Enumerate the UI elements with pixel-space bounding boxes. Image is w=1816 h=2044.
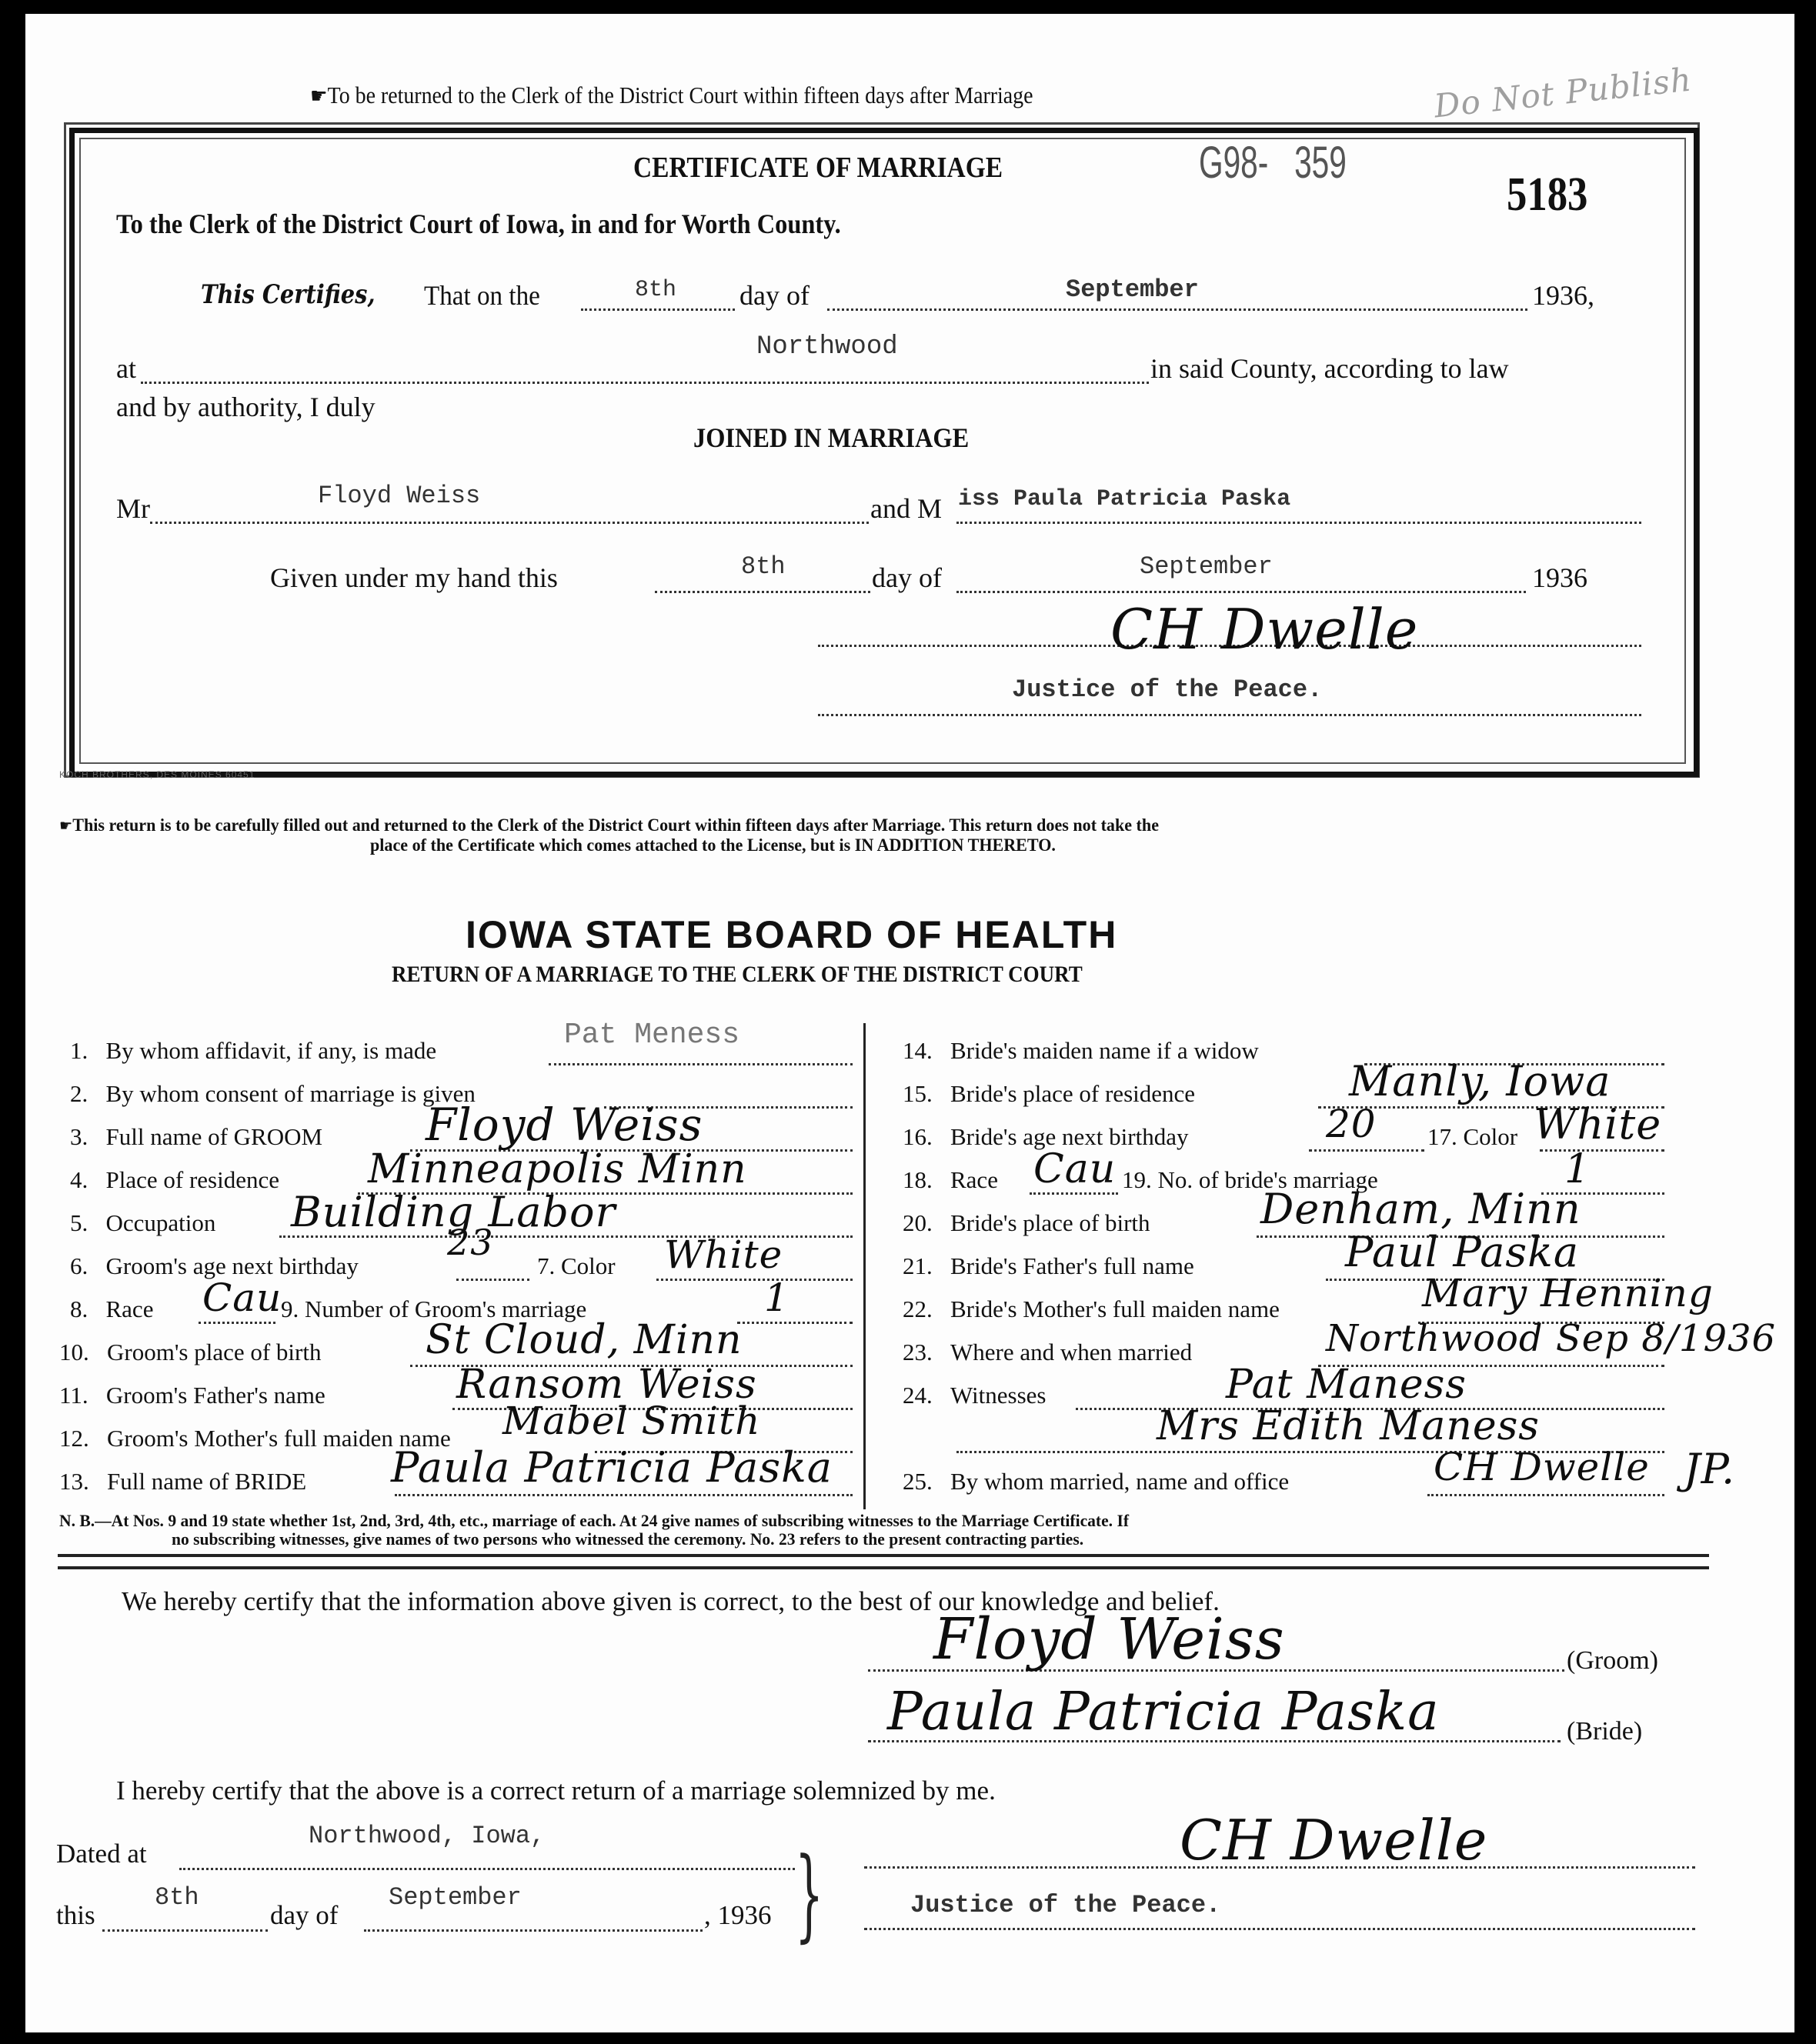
- nb-note-line2: no subscribing witnesses, give names of …: [172, 1529, 1083, 1549]
- year-suffix: 6: [1574, 280, 1587, 311]
- bride-age-field[interactable]: 20: [1326, 1102, 1377, 1146]
- handwritten-annotation: Do Not Publish: [1432, 61, 1694, 125]
- solemn-month-line: [364, 1929, 703, 1932]
- field-13-label: 13. Full name of BRIDE: [59, 1468, 306, 1495]
- groom-name-field[interactable]: Floyd Weiss: [318, 482, 480, 510]
- dated-at-label: Dated at: [56, 1839, 147, 1869]
- authority-text: and by authority, I duly: [116, 391, 376, 423]
- pointing-hand-icon: ☛: [310, 83, 328, 108]
- at-label: at: [116, 352, 136, 385]
- groom-race-field[interactable]: Cau: [202, 1275, 282, 1320]
- bride-father-name-field[interactable]: Paul Paska: [1345, 1228, 1579, 1276]
- solemn-day-line: [102, 1929, 268, 1932]
- officiant-signature: CH Dwelle: [1110, 597, 1418, 662]
- married-by-field[interactable]: CH Dwelle: [1434, 1445, 1650, 1489]
- groom-mother-maiden-name-field[interactable]: Mabel Smith: [502, 1399, 760, 1443]
- solemn-day-of-label: day of: [270, 1900, 338, 1931]
- field-6-line: [456, 1279, 529, 1281]
- field-21-label: 21. Bride's Father's full name: [903, 1252, 1194, 1280]
- solemnization-statement: I hereby certify that the above is a cor…: [116, 1776, 996, 1806]
- married-by-office: JP.: [1684, 1445, 1735, 1493]
- day-of-label: day of: [739, 279, 810, 312]
- year-prefix: 193: [1532, 280, 1574, 311]
- groom-full-name-field[interactable]: Floyd Weiss: [426, 1099, 703, 1151]
- return-notice-text1: This return is to be carefully filled ou…: [72, 815, 1159, 835]
- groom-color-field[interactable]: White: [664, 1232, 783, 1277]
- pointing-hand-icon: ☛: [59, 816, 72, 835]
- county-law-text: in said County, according to law: [1150, 352, 1509, 385]
- field-14-label: 14. Bride's maiden name if a widow: [903, 1037, 1259, 1065]
- given-month-line: [956, 591, 1526, 593]
- solemn-year-suffix: 6: [758, 1900, 772, 1930]
- field-23-label: 23. Where and when married: [903, 1339, 1192, 1366]
- given-year-field[interactable]: 1936: [1532, 562, 1587, 594]
- field-15-label: 15. Bride's place of residence: [903, 1080, 1195, 1108]
- officiant-title-line: [818, 714, 1641, 716]
- given-day-of-label: day of: [872, 562, 942, 594]
- return-notice-line2: place of the Certificate which comes att…: [370, 835, 1056, 855]
- date-brace: }: [795, 1836, 823, 1952]
- field-9-line: [737, 1322, 853, 1324]
- officiant-title: Justice of the Peace.: [1012, 675, 1322, 704]
- mr-label: Mr: [116, 492, 150, 525]
- solemn-officiant-title-line: [864, 1928, 1695, 1930]
- affidavit-by-field[interactable]: Pat Meness: [564, 1019, 739, 1052]
- given-year-prefix: 193: [1532, 562, 1574, 593]
- certificate-title: CERTIFICATE OF MARRIAGE: [633, 151, 1003, 185]
- solemn-year-prefix: 193: [718, 1900, 759, 1930]
- solemn-officiant-signature[interactable]: CH Dwelle: [1180, 1808, 1487, 1872]
- field-3-label: 3. Full name of GROOM: [70, 1123, 322, 1151]
- month-field[interactable]: September: [1066, 275, 1199, 304]
- given-month-field[interactable]: September: [1140, 552, 1273, 581]
- place-field[interactable]: Northwood: [756, 332, 898, 362]
- groom-residence-field[interactable]: Minneapolis Minn: [368, 1146, 747, 1192]
- groom-birthplace-field[interactable]: St Cloud, Minn: [426, 1317, 742, 1363]
- field-1-label: 1. By whom affidavit, if any, is made: [70, 1037, 436, 1065]
- return-instruction-note: ☛To be returned to the Clerk of the Dist…: [310, 82, 1033, 109]
- return-form-subtitle: RETURN OF A MARRIAGE TO THE CLERK OF THE…: [392, 962, 1083, 988]
- record-number: 5183: [1507, 168, 1587, 222]
- solemn-officiant-title: Justice of the Peace.: [910, 1891, 1220, 1919]
- bride-full-name-field[interactable]: Paula Patricia Paska: [391, 1443, 833, 1492]
- solemn-month-field[interactable]: September: [389, 1883, 522, 1912]
- field-17-line: [1540, 1149, 1664, 1152]
- field-11-label: 11. Groom's Father's name: [59, 1382, 325, 1409]
- solemn-day-field[interactable]: 8th: [155, 1883, 199, 1912]
- given-day-line: [655, 591, 870, 593]
- bride-race-field[interactable]: Cau: [1033, 1146, 1116, 1192]
- dated-at-field[interactable]: Northwood, Iowa,: [309, 1822, 545, 1850]
- groom-signature-label: (Groom): [1567, 1646, 1658, 1676]
- given-under-hand-label: Given under my hand this: [270, 562, 558, 594]
- marriage-record-page: ☛To be returned to the Clerk of the Dist…: [25, 14, 1794, 2032]
- this-label: this: [56, 1900, 95, 1931]
- field-18-line: [1030, 1192, 1118, 1195]
- field-5-label: 5. Occupation: [70, 1209, 215, 1237]
- board-of-health-title: IOWA STATE BOARD OF HEALTH: [466, 912, 1117, 957]
- solemn-year-field[interactable]: , 1936: [704, 1900, 772, 1931]
- month-field-line: [827, 308, 1527, 311]
- field-24-label: 24. Witnesses: [903, 1382, 1046, 1409]
- printer-imprint: KOCH BROTHERS, DES MOINES 60451: [59, 769, 255, 780]
- field-4-label: 4. Place of residence: [70, 1166, 279, 1194]
- field-17-label: 17. Color: [1427, 1123, 1517, 1151]
- groom-marriage-number-field[interactable]: 1: [764, 1275, 789, 1320]
- field-25-line: [1427, 1494, 1664, 1496]
- field-7-line: [656, 1279, 853, 1281]
- return-instruction-text: To be returned to the Clerk of the Distr…: [328, 82, 1033, 108]
- field-22-label: 22. Bride's Mother's full maiden name: [903, 1295, 1280, 1323]
- bride-field-line: [956, 522, 1641, 524]
- groom-field-line: [150, 522, 869, 524]
- field-18-label: 18. Race: [903, 1166, 998, 1194]
- given-year-suffix: 6: [1574, 562, 1587, 593]
- groom-age-field[interactable]: 23: [447, 1222, 494, 1263]
- bride-color-field[interactable]: White: [1534, 1100, 1661, 1149]
- field-16-line: [1309, 1149, 1424, 1152]
- stamp-number: G98- 359: [1199, 137, 1347, 188]
- field-13-line: [395, 1494, 853, 1496]
- section-divider: [58, 1554, 1709, 1569]
- groom-signature[interactable]: Floyd Weiss: [933, 1606, 1285, 1672]
- field-2-label: 2. By whom consent of marriage is given: [70, 1080, 476, 1108]
- field-7-label: 7. Color: [537, 1252, 616, 1280]
- place-field-line: [141, 382, 1149, 384]
- year-field[interactable]: 1936,: [1532, 279, 1594, 312]
- column-divider: [863, 1023, 866, 1509]
- witness-1-field[interactable]: Pat Maness: [1226, 1362, 1467, 1408]
- witness-2-field[interactable]: Mrs Edith Maness: [1157, 1403, 1540, 1449]
- field-20-label: 20. Bride's place of birth: [903, 1209, 1150, 1237]
- return-notice-line1: ☛This return is to be carefully filled o…: [59, 815, 1159, 835]
- joined-in-marriage-heading: JOINED IN MARRIAGE: [693, 422, 969, 454]
- this-certifies-label: This Certifies,: [201, 279, 376, 310]
- field-25-label: 25. By whom married, name and office: [903, 1468, 1289, 1495]
- certificate-addressee: To the Clerk of the District Court of Io…: [116, 208, 841, 240]
- nb-note-line1: N. B.—At Nos. 9 and 19 state whether 1st…: [59, 1511, 1129, 1531]
- field-10-label: 10. Groom's place of birth: [59, 1339, 322, 1366]
- field-8-label: 8. Race: [70, 1295, 153, 1323]
- and-miss-label: and M: [870, 492, 942, 525]
- field-8-line: [199, 1322, 275, 1324]
- field-1-line: [549, 1063, 853, 1065]
- bride-birthplace-field[interactable]: Denham, Minn: [1260, 1185, 1581, 1233]
- bride-signature[interactable]: Paula Patricia Paska: [887, 1682, 1440, 1742]
- day-field-line: [581, 308, 735, 311]
- dated-at-line: [179, 1868, 795, 1870]
- day-field[interactable]: 8th: [635, 277, 676, 303]
- bride-name-field[interactable]: iss Paula Patricia Paska: [958, 486, 1290, 512]
- bride-mother-maiden-name-field[interactable]: Mary Henning: [1422, 1271, 1714, 1315]
- marriage-place-date-field[interactable]: Northwood Sep 8/1936: [1326, 1317, 1776, 1360]
- bride-signature-label: (Bride): [1567, 1717, 1642, 1746]
- bride-residence-field[interactable]: Manly, Iowa: [1349, 1057, 1611, 1105]
- given-day-field[interactable]: 8th: [741, 552, 786, 581]
- that-on-the-label: That on the: [424, 279, 540, 312]
